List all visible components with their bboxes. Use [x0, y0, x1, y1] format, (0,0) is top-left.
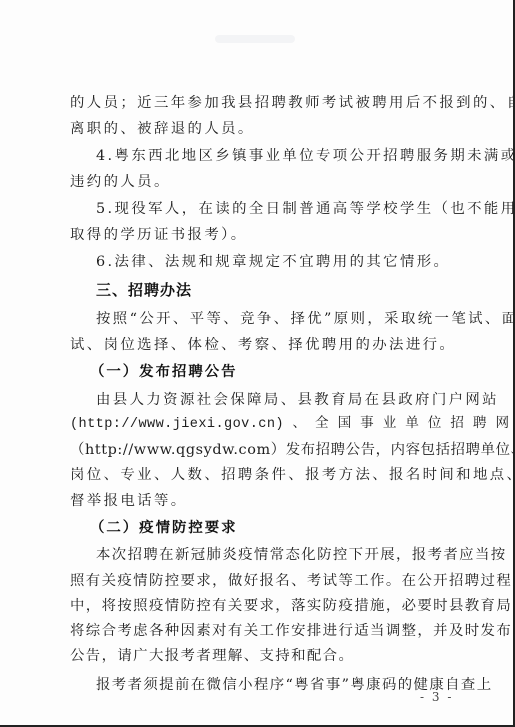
- text-line: 督举报电话等。: [70, 492, 448, 510]
- text-line: 取得的学历证书报考）。: [70, 226, 448, 244]
- text-line: 本次招聘在新冠肺炎疫情常态化防控下开展，报考者应当按: [96, 546, 448, 564]
- page-number: - 3 -: [420, 689, 453, 705]
- section-heading: 三、招聘办法: [96, 281, 192, 299]
- list-item-6: 6.法律、法规和规章规定不宜聘用的其它情形。: [96, 253, 448, 271]
- scan-artifact: [215, 35, 295, 43]
- url-line: (http://www.jiexi.gov.cn) 、 全 国 事 业 单 位 …: [70, 416, 448, 434]
- list-item-5: 5.现役军人，在读的全日制普通高等学校学生（也不能用已: [96, 200, 448, 218]
- text-line: 报考者须提前在微信小程序“粤省事”粤康码的健康自查上: [96, 676, 448, 694]
- text-line: 岗位、专业、人数、招聘条件、报考方法、报名时间和地点、监: [70, 466, 448, 484]
- text-line: 违约的人员。: [70, 173, 448, 191]
- text-line: 公告，请广大报考者理解、支持和配合。: [70, 647, 448, 665]
- text-line: 由县人力资源社会保障局、县教育局在县政府门户网站: [96, 391, 448, 409]
- document-page: 的人员；近三年参加我县招聘教师考试被聘用后不报到的、自动 离职的、被辞退的人员。…: [0, 0, 515, 727]
- text-line: 按照“公开、平等、竞争、择优”原则，采取统一笔试、面: [96, 310, 448, 328]
- subsection-heading-2: （二）疫情防控要求: [90, 519, 238, 537]
- text-line: 中，将按照疫情防控有关要求，落实防疫措施，必要时县教育局: [70, 597, 448, 615]
- url-line: （http://www.qgsydw.com）发布招聘公告，内容包括招聘单位、: [70, 441, 448, 459]
- text-line: 的人员；近三年参加我县招聘教师考试被聘用后不报到的、自动: [70, 94, 448, 112]
- subsection-heading-1: （一）发布招聘公告: [90, 363, 238, 381]
- text-line: 试、岗位选择、体检、考察、择优聘用的办法进行。: [70, 336, 448, 354]
- text-line: 照有关疫情防控要求，做好报名、考试等工作。在公开招聘过程: [70, 572, 448, 590]
- list-item-4: 4.粤东西北地区乡镇事业单位专项公开招聘服务期未满或: [96, 147, 448, 165]
- text-line: 将综合考虑各种因素对有关工作安排进行适当调整，并及时发布: [70, 622, 448, 640]
- text-line: 离职的、被辞退的人员。: [70, 120, 448, 138]
